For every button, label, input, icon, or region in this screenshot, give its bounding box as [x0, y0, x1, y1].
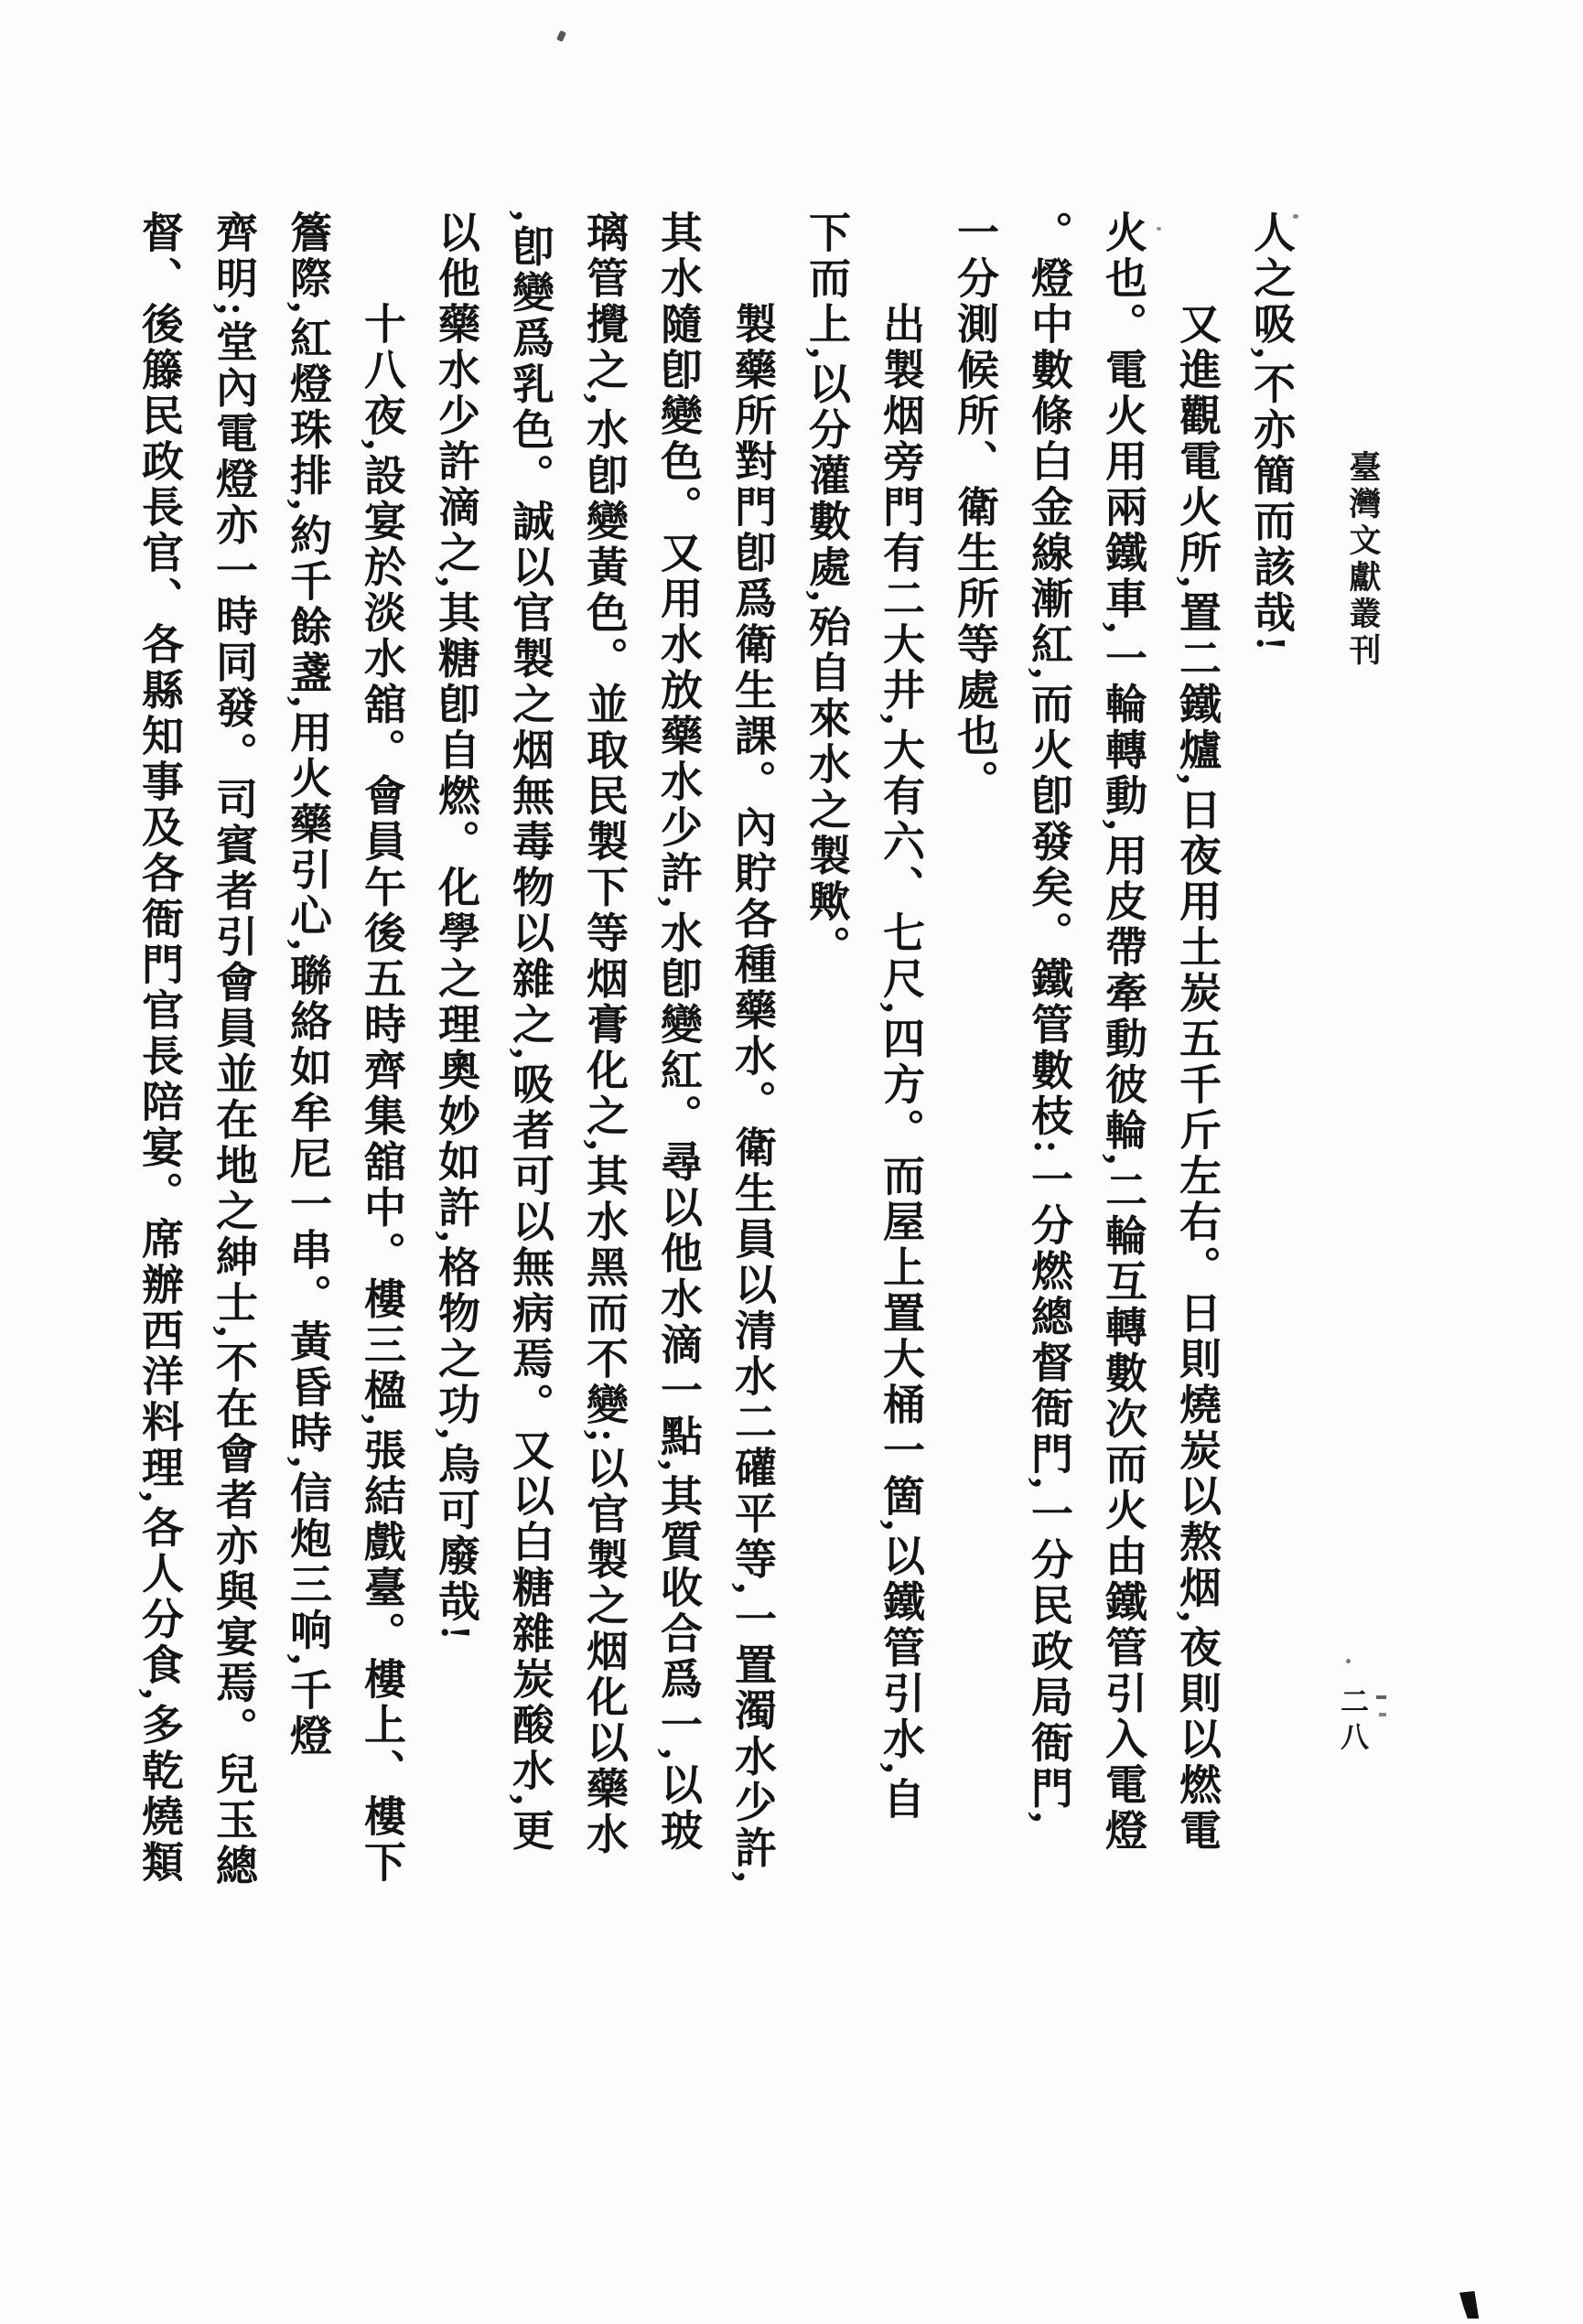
ink-speck: [1157, 227, 1161, 231]
text-column: 火也。電火用兩鐵車,一輪轉動,用皮帶牽動彼輪,二輪互轉數次而火由鐵管引入電燈: [1102, 210, 1144, 1855]
ink-speck: [1293, 214, 1298, 219]
text-column: 督、後籐民政長官、各縣知事及各衙門官長陪宴。席辦西洋料理,各人分食,多乾燒類: [138, 210, 180, 1886]
ink-speck: [1379, 1713, 1386, 1716]
text-column: 下而上,以分灌數處,殆自來水之製歟。: [805, 210, 847, 971]
margin-series-title: 臺灣文獻叢刊: [1347, 450, 1379, 670]
text-column: 製藥所對門卽爲衛生課。內貯各種藥水。衛生員以清水二礶平等,一置濁水少許,: [731, 210, 773, 1886]
scanned-book-page: 臺灣文獻叢刊 二八 人之吸,不亦簡而該哉! 又進觀電火所,置二鐵爐,日夜用土炭五…: [0, 0, 1583, 2324]
text-column: ,卽變爲乳色。誠以官製之烟無毒物以雜之,吸者可以無病焉。又以白糖雜炭酸水,更: [509, 210, 551, 1855]
text-column: 齊明;堂內電燈亦一時同發。司賓者引會員並在地之紳士,不在會者亦與宴焉。兒玉總: [212, 210, 254, 1889]
text-column: 。燈中數條白金線漸紅,而火卽發矣。鐵管數枝:一分燃總督衙門,一分民政局衙門,: [1028, 210, 1070, 1826]
text-column: 簷際,紅燈珠排,約千餘盞,用火藥引心,聯絡如牟尼一串。黃昏時,信炮三响,千燈: [286, 210, 328, 1759]
text-column: 以他藥水少許滴之,其糖卽自燃。化學之理奧妙如許,格物之功,烏可廢哉!: [435, 210, 477, 1643]
ink-speck: [1376, 1695, 1386, 1699]
text-column: 十八夜,設宴於淡水舘。會員午後五時齊集舘中。樓三楹,張結戲臺。樓上、樓下: [361, 210, 403, 1886]
text-column: 又進觀電火所,置二鐵爐,日夜用土炭五千斤左右。日則燒炭以熬烟,夜則以燃電: [1176, 210, 1218, 1855]
text-column: 其水隨卽變色。又用水放藥水少許,水卽變紅。尋以他水滴一點,其質收合爲一,以玻: [657, 210, 699, 1855]
page-number: 二八: [1338, 1686, 1366, 1758]
ink-speck: [556, 30, 566, 42]
text-column: 人之吸,不亦簡而該哉!: [1250, 210, 1292, 654]
text-column: 璃管攪之,水卽變黃色。並取民製下等烟膏化之,其水黑而不變;以官製之烟化以藥水: [583, 210, 625, 1857]
text-column: 一分測候所、衛生所等處也。: [953, 210, 996, 805]
bottom-edge-ink-mark: [1459, 2291, 1479, 2319]
ink-speck: [1346, 1659, 1351, 1663]
text-column: 出製烟旁門有二大井,大有六、七尺,四方。而屋上置大桶一箇,以鐵管引水,自: [879, 210, 921, 1823]
